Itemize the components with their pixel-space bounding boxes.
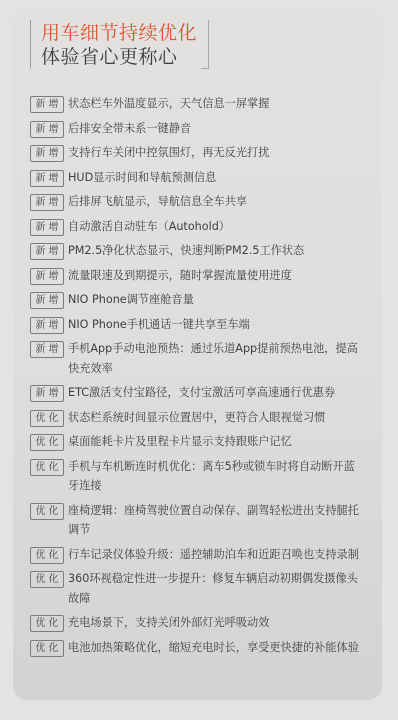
tag-badge: 新增: [30, 170, 64, 187]
tag-badge: 优化: [30, 571, 64, 588]
item-text: 桌面能耗卡片及里程卡片显示支持跟账户记忆: [68, 432, 364, 452]
list-item: 优化 电池加热策略优化，缩短充电时长，享受更快捷的补能体验: [30, 638, 365, 658]
tag-badge: 新增: [30, 292, 64, 309]
item-text: 360环视稳定性进一步提升：修复车辆启动初期偶发摄像头故障: [68, 569, 364, 608]
item-text: 后排安全带未系一键静音: [68, 119, 364, 139]
item-text: HUD显示时间和导航预测信息: [68, 168, 364, 188]
list-item: 优化 座椅逻辑：座椅驾驶位置自动保存、副驾轻松进出支持腿托调节: [30, 501, 365, 540]
item-text: 自动激活自动驻车（Autohold）: [68, 217, 364, 237]
tag-badge: 优化: [30, 410, 64, 427]
list-item: 新增 流量限速及到期提示，随时掌握流量使用进度: [30, 266, 365, 286]
list-item: 新增 HUD显示时间和导航预测信息: [30, 168, 365, 188]
changelog-list: 新增 状态栏车外温度显示，天气信息一屏掌握 新增 后排安全带未系一键静音 新增 …: [30, 94, 365, 662]
list-item: 新增 手机App手动电池预热：通过乐道App提前预热电池，提高快充效率: [30, 339, 365, 378]
list-item: 优化 行车记录仪体验升级：遥控辅助泊车和近距召唤也支持录制: [30, 545, 365, 565]
item-text: 行车记录仪体验升级：遥控辅助泊车和近距召唤也支持录制: [68, 545, 364, 565]
page-subtitle: 体验省心更称心: [41, 46, 178, 68]
tag-badge: 新增: [30, 268, 64, 285]
tag-badge: 优化: [30, 547, 64, 564]
list-item: 新增 后排安全带未系一键静音: [30, 119, 365, 139]
list-item: 新增 PM2.5净化状态显示，快速判断PM2.5工作状态: [30, 241, 365, 261]
list-item: 新增 后排屏飞航显示，导航信息全车共享: [30, 192, 365, 212]
tag-badge: 新增: [30, 121, 64, 138]
tag-badge: 新增: [30, 96, 64, 113]
list-item: 优化 手机与车机断连时机优化：离车5秒或锁车时将自动断开蓝牙连接: [30, 457, 365, 496]
item-text: 状态栏系统时间显示位置居中，更符合人眼视觉习惯: [68, 408, 364, 428]
tag-badge: 优化: [30, 434, 64, 451]
item-text: NIO Phone调节座舱音量: [68, 290, 364, 310]
list-item: 新增 ETC激活支付宝路径，支付宝激活可享高速通行优惠券: [30, 383, 365, 403]
item-text: 电池加热策略优化，缩短充电时长，享受更快捷的补能体验: [68, 638, 364, 658]
list-item: 新增 NIO Phone调节座舱音量: [30, 290, 365, 310]
tag-badge: 优化: [30, 503, 64, 520]
page-title: 用车细节持续优化: [41, 22, 197, 44]
tag-badge: 新增: [30, 219, 64, 236]
tag-badge: 新增: [30, 145, 64, 162]
item-text: NIO Phone手机通话一键共享至车端: [68, 315, 364, 335]
tag-badge: 新增: [30, 341, 64, 358]
tag-badge: 新增: [30, 385, 64, 402]
tag-badge: 优化: [30, 640, 64, 657]
item-text: 流量限速及到期提示，随时掌握流量使用进度: [68, 266, 364, 286]
tag-badge: 新增: [30, 317, 64, 334]
item-text: 座椅逻辑：座椅驾驶位置自动保存、副驾轻松进出支持腿托调节: [68, 501, 364, 540]
list-item: 新增 状态栏车外温度显示，天气信息一屏掌握: [30, 94, 365, 114]
tag-badge: 新增: [30, 243, 64, 260]
list-item: 新增 自动激活自动驻车（Autohold）: [30, 217, 365, 237]
list-item: 优化 360环视稳定性进一步提升：修复车辆启动初期偶发摄像头故障: [30, 569, 365, 608]
item-text: 手机App手动电池预热：通过乐道App提前预热电池，提高快充效率: [68, 339, 364, 378]
item-text: 手机与车机断连时机优化：离车5秒或锁车时将自动断开蓝牙连接: [68, 457, 364, 496]
list-item: 优化 充电场景下，支持关闭外部灯光呼吸动效: [30, 613, 365, 633]
item-text: ETC激活支付宝路径，支付宝激活可享高速通行优惠券: [68, 383, 364, 403]
item-text: 后排屏飞航显示，导航信息全车共享: [68, 192, 364, 212]
item-text: 充电场景下，支持关闭外部灯光呼吸动效: [68, 613, 364, 633]
list-item: 新增 NIO Phone手机通话一键共享至车端: [30, 315, 365, 335]
item-text: 支持行车关闭中控氛围灯，再无反光打扰: [68, 143, 364, 163]
list-item: 新增 支持行车关闭中控氛围灯，再无反光打扰: [30, 143, 365, 163]
tag-badge: 优化: [30, 459, 64, 476]
title-block: 用车细节持续优化 体验省心更称心: [30, 20, 209, 69]
tag-badge: 新增: [30, 194, 64, 211]
item-text: 状态栏车外温度显示，天气信息一屏掌握: [68, 94, 364, 114]
list-item: 优化 桌面能耗卡片及里程卡片显示支持跟账户记忆: [30, 432, 365, 452]
item-text: PM2.5净化状态显示，快速判断PM2.5工作状态: [68, 241, 364, 261]
tag-badge: 优化: [30, 615, 64, 632]
list-item: 优化 状态栏系统时间显示位置居中，更符合人眼视觉习惯: [30, 408, 365, 428]
